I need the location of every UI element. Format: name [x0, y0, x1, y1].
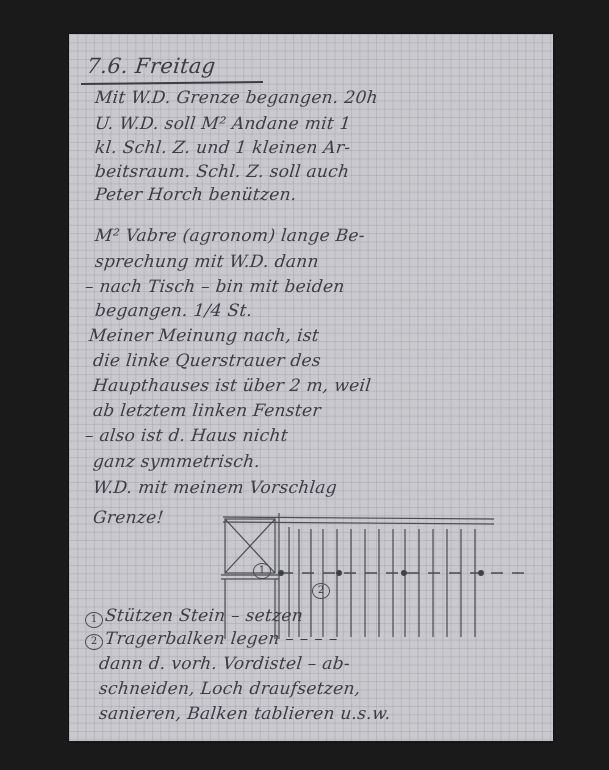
text-line: die linke Querstrauer des: [92, 351, 322, 371]
sketch-marker-2: 2: [312, 583, 330, 599]
text-line: begangen. 1/4 St.: [94, 301, 253, 321]
text-line: M² Vabre (agronom) lange Be-: [94, 226, 366, 246]
text-line: schneiden, Loch draufsetzen,: [98, 679, 362, 699]
text-line: ab letztem linken Fenster: [92, 401, 322, 421]
entry-date-heading: 7.6. Freitag: [86, 54, 217, 78]
text-line: – nach Tisch – bin mit beiden: [84, 277, 346, 297]
text-line: Mit W.D. Grenze begangen. 20h: [94, 88, 379, 108]
legend-marker-1: 1: [85, 612, 103, 628]
text-line: Peter Horch benützen.: [94, 185, 298, 205]
text-line: dann d. vorh. Vordistel – ab-: [98, 654, 351, 674]
text-line: kl. Schl. Z. und 1 kleinen Ar-: [94, 138, 351, 158]
text-line: sprechung mit W.D. dann: [94, 252, 320, 272]
text-line: beitsraum. Schl. Z. soll auch: [94, 162, 350, 182]
legend-text-1: Stützen Stein – setzen: [104, 606, 304, 626]
text-line: sanieren, Balken tablieren u.s.w.: [98, 704, 392, 724]
text-line: Grenze!: [92, 508, 165, 528]
text-line: ganz symmetrisch.: [92, 452, 261, 472]
legend-text-2: Tragerbalken legen – – – –: [104, 629, 339, 649]
legend-marker-2: 2: [85, 634, 103, 650]
text-line: – also ist d. Haus nicht: [84, 426, 289, 446]
text-line: U. W.D. soll M² Andane mit 1: [94, 114, 352, 134]
sketch-marker-1: 1: [253, 563, 271, 579]
text-line: W.D. mit meinem Vorschlag: [92, 478, 338, 498]
heading-underline: [81, 81, 263, 85]
text-line: Meiner Meinung nach, ist: [88, 326, 320, 346]
text-line: Haupthauses ist über 2 m, weil: [92, 376, 372, 396]
diary-page: 7.6. Freitag Mit W.D. Grenze begangen. 2…: [69, 34, 553, 741]
